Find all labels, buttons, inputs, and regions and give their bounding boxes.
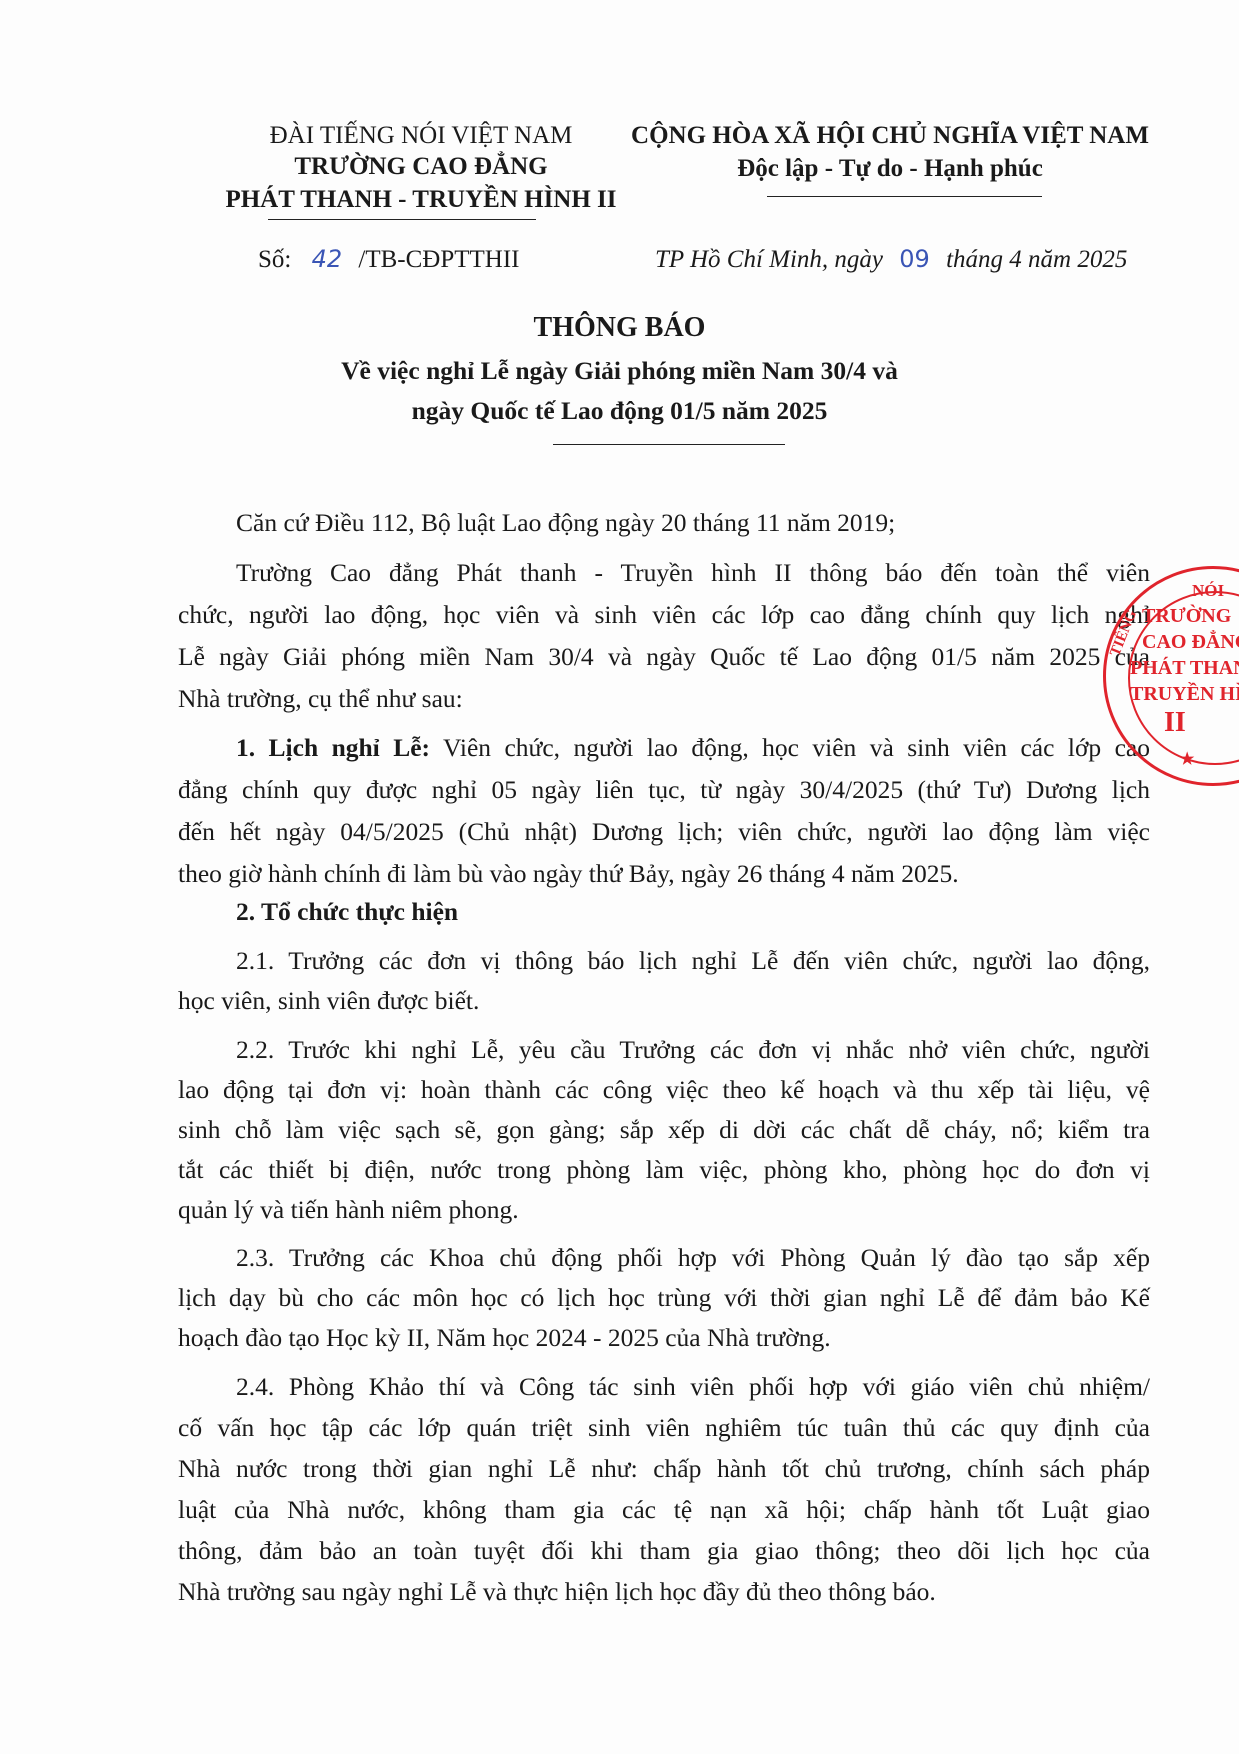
seal-line: CAO ĐẲNG — [1142, 631, 1239, 654]
seal-line: TRUYỀN HÌNH — [1130, 683, 1239, 706]
document-subtitle-2: ngày Quốc tế Lao động 01/5 năm 2025 — [0, 396, 1239, 426]
section-2-3-line: 2.3. Trưởng các Khoa chủ động phối hợp v… — [236, 1243, 1150, 1273]
section-2-4-line: thông, đảm bảo an toàn tuyệt đối khi tha… — [178, 1536, 1150, 1566]
section-2-4-line: Nhà nước trong thời gian nghỉ Lễ như: ch… — [178, 1454, 1150, 1484]
section-2-4-line: Nhà trường sau ngày nghỉ Lễ và thực hiện… — [178, 1577, 1150, 1607]
document-title: THÔNG BÁO — [0, 312, 1239, 344]
school-name-line2: PHÁT THANH - TRUYỀN HÌNH II — [186, 186, 656, 214]
national-motto: Độc lập - Tự do - Hạnh phúc — [660, 155, 1120, 183]
section-2-2-line: sinh chỗ làm việc sạch sẽ, gọn gàng; sắp… — [178, 1115, 1150, 1145]
title-rule — [553, 444, 785, 445]
section-1-line: đến hết ngày 04/5/2025 (Chủ nhật) Dương … — [178, 817, 1150, 847]
header-right-rule — [767, 196, 1042, 197]
date-suffix: tháng 4 năm 2025 — [946, 246, 1127, 273]
date-day-handwritten: 09 — [899, 245, 930, 273]
so-suffix: /TB-CĐPTTHII — [358, 246, 519, 273]
section-1-line: theo giờ hành chính đi làm bù vào ngày t… — [178, 859, 1150, 889]
school-name-line1: TRƯỜNG CAO ĐẲNG — [236, 153, 606, 181]
seal-ring-top: NÓI — [1192, 581, 1224, 601]
intro-line: Lễ ngày Giải phóng miền Nam 30/4 và ngày… — [178, 642, 1150, 672]
section-2-2-line: quản lý và tiến hành niêm phong. — [178, 1195, 1150, 1225]
document-date: TP Hồ Chí Minh, ngày 09 tháng 4 năm 2025 — [655, 245, 1127, 274]
seal-line: II — [1164, 707, 1186, 739]
section-2-4-line: cố vấn học tập các lớp quán triệt sinh v… — [178, 1413, 1150, 1443]
document-subtitle-1: Về việc nghỉ Lễ ngày Giải phóng miền Nam… — [0, 356, 1239, 386]
header-left-rule — [268, 219, 536, 220]
date-prefix: TP Hồ Chí Minh, ngày — [655, 246, 883, 273]
so-number-handwritten: 42 — [312, 245, 343, 273]
seal-line: PHÁT THANH — [1130, 657, 1239, 680]
section-2-1-line: học viên, sinh viên được biết. — [178, 986, 1150, 1016]
intro-line: Nhà trường, cụ thể như sau: — [178, 684, 1150, 714]
section-1-heading: 1. Lịch nghỉ Lễ: — [236, 733, 430, 762]
seal-star-icon: ★ — [1180, 749, 1194, 769]
section-2-3-line: hoạch đào tạo Học kỳ II, Năm học 2024 - … — [178, 1323, 1150, 1353]
agency-name: ĐÀI TIẾNG NÓI VIỆT NAM — [236, 122, 606, 150]
section-2-3-line: lịch dạy bù cho các môn học có lịch học … — [178, 1283, 1150, 1313]
legal-basis: Căn cứ Điều 112, Bộ luật Lao động ngày 2… — [236, 508, 1150, 538]
intro-line: chức, người lao động, học viên và sinh v… — [178, 600, 1150, 630]
section-2-2-line: tắt các thiết bị điện, nước trong phòng … — [178, 1155, 1150, 1185]
section-2-2-line: 2.2. Trước khi nghỉ Lễ, yêu cầu Trưởng c… — [236, 1035, 1150, 1065]
seal-line: TRƯỜNG — [1142, 605, 1231, 628]
intro-line: Trường Cao đẳng Phát thanh - Truyền hình… — [236, 558, 1150, 588]
section-1-line: 1. Lịch nghỉ Lễ: Viên chức, người lao độ… — [236, 733, 1150, 763]
section-1-line: đẳng chính quy được nghỉ 05 ngày liên tụ… — [178, 775, 1150, 805]
so-label: Số: — [258, 246, 291, 273]
section-2-heading: 2. Tổ chức thực hiện — [236, 897, 1150, 927]
document-number: Số: 42 /TB-CĐPTTHII — [258, 245, 520, 274]
section-2-1-line: 2.1. Trưởng các đơn vị thông báo lịch ng… — [236, 946, 1150, 976]
section-2-4-line: 2.4. Phòng Khảo thí và Công tác sinh viê… — [236, 1372, 1150, 1402]
section-2-2-line: lao động tại đơn vị: hoàn thành các công… — [178, 1075, 1150, 1105]
national-title: CỘNG HÒA XÃ HỘI CHỦ NGHĨA VIỆT NAM — [620, 122, 1160, 150]
section-2-4-line: luật của Nhà nước, không tham gia các tệ… — [178, 1495, 1150, 1525]
